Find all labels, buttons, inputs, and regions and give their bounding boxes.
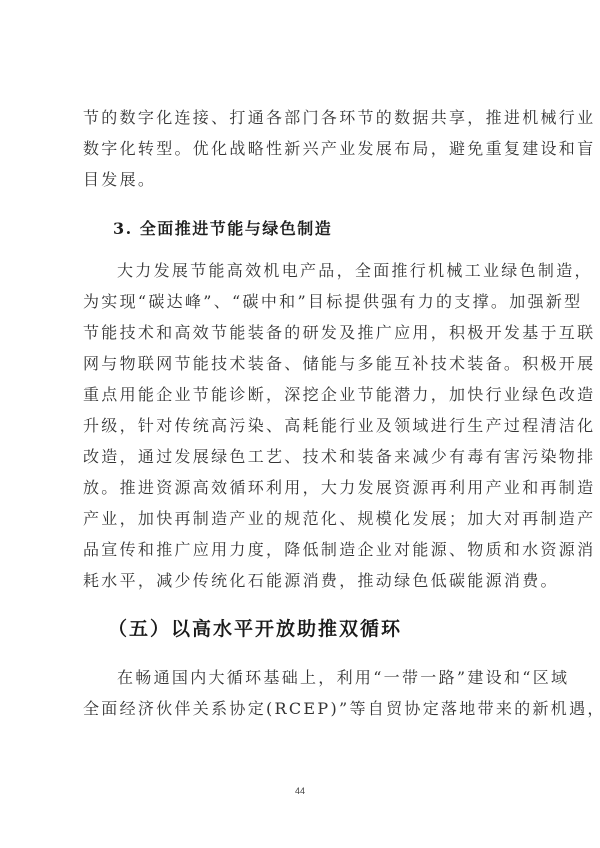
paragraph-line: 为实现“碳达峰”、“碳中和”目标提供强有力的支撑。加强新型 xyxy=(83,292,523,312)
section-heading-3: 3. 全面推进节能与绿色制造 xyxy=(113,218,332,240)
paragraph-line: 全面经济伙伴关系协定(RCEP)”等自贸协定落地带来的新机遇， xyxy=(83,699,523,719)
paragraph-line: 重点用能企业节能诊断，深挖企业节能潜力，加快行业绿色改造 xyxy=(83,385,523,405)
paragraph-line: 网与物联网节能技术装备、储能与多能互补技术装备。积极开展 xyxy=(83,354,523,374)
page-number: 44 xyxy=(288,786,312,796)
paragraph-line: 品宣传和推广应用力度，降低制造企业对能源、物质和水资源消 xyxy=(83,540,523,560)
paragraph-line: 在畅通国内大循环基础上，利用“一带一路”建设和“区域 xyxy=(117,668,523,688)
paragraph-line: 大力发展节能高效机电产品，全面推行机械工业绿色制造， xyxy=(117,261,523,281)
paragraph-line: 目发展。 xyxy=(83,170,523,190)
paragraph-line: 耗水平，减少传统化石能源消费，推动绿色低碳能源消费。 xyxy=(83,571,523,591)
paragraph-line: 放。推进资源高效循环利用，大力发展资源再利用产业和再制造 xyxy=(83,478,523,498)
paragraph-line: 产业，加快再制造产业的规范化、规模化发展；加大对再制造产 xyxy=(83,509,523,529)
paragraph-line: 节能技术和高效节能装备的研发及推广应用，积极开发基于互联 xyxy=(83,323,523,343)
document-page: 节的数字化连接、打通各部门各环节的数据共享，推进机械行业 数字化转型。优化战略性… xyxy=(0,0,600,848)
paragraph-line: 升级，针对传统高污染、高耗能行业及领域进行生产过程清洁化 xyxy=(83,416,523,436)
paragraph-line: 数字化转型。优化战略性新兴产业发展布局，避免重复建设和盲 xyxy=(83,139,523,159)
paragraph-line: 改造，通过发展绿色工艺、技术和装备来减少有毒有害污染物排 xyxy=(83,447,523,467)
paragraph-line: 节的数字化连接、打通各部门各环节的数据共享，推进机械行业 xyxy=(83,108,523,128)
section-heading-5: （五）以高水平开放助推双循环 xyxy=(108,616,402,642)
